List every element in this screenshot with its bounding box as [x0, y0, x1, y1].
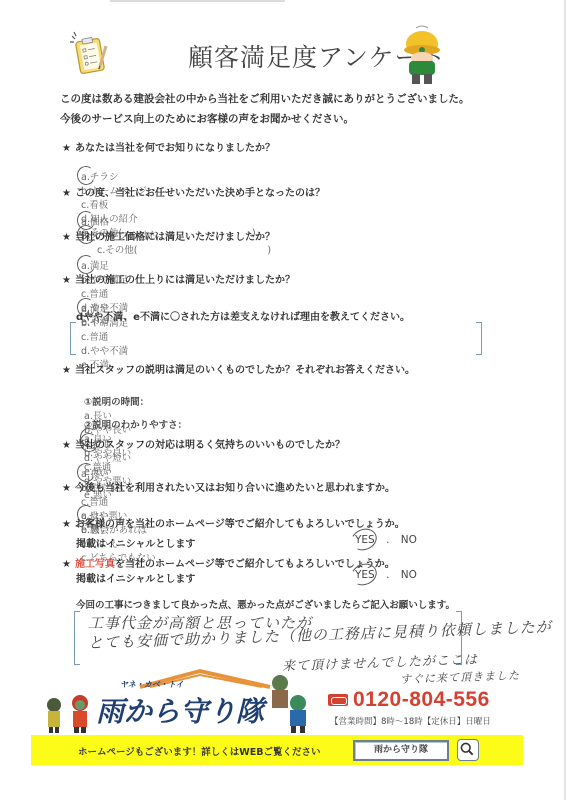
- question-text: 今後も当社を利用されたい又はお知り合いに進めたいと思われますか。: [75, 483, 395, 494]
- separator: .: [386, 569, 389, 581]
- free-dial-icon: [328, 694, 348, 706]
- yes-no-publish-voice: YES . NO: [355, 534, 417, 546]
- bracket-right: [476, 322, 482, 355]
- question-text: あなたは当社を何でお知りになりましたか？: [75, 143, 275, 154]
- phone-number[interactable]: 0120-804-556: [328, 688, 490, 712]
- search-button[interactable]: [457, 739, 479, 761]
- star-icon: ★: [62, 440, 71, 451]
- star-icon: ★: [62, 559, 71, 570]
- question-text: 当社の施工の仕上りには満足いただけましたか？: [75, 275, 295, 286]
- question-text: 当社の施工価格には満足いただけましたか？: [75, 232, 275, 243]
- intro-line: 今後のサービス向上のためにお客様の声をお聞かせください。: [60, 109, 470, 129]
- question-text: お客様の声を当社のホームページ等でご紹介してもよろしいでしょうか。: [75, 519, 405, 530]
- phone-text: 0120-804-556: [353, 688, 490, 712]
- question-finish-satisfaction: ★当社の施工の仕上りには満足いただけましたか？: [62, 271, 295, 286]
- scan-edge: [110, 0, 285, 2]
- logo-tagline: ヤネ・カベ・トイ: [120, 680, 183, 689]
- star-icon: ★: [62, 365, 71, 376]
- question-price-satisfaction: ★当社の施工価格には満足いただけましたか？: [62, 228, 275, 243]
- business-hours: 【営業時間】8時～18時【定休日】日曜日: [330, 715, 491, 727]
- question-publish-photos: ★施工写真を当社のホームページ等でご紹介してもよろしいでしょうか。: [62, 555, 395, 570]
- bracket-left: [74, 611, 80, 665]
- star-icon: ★: [62, 275, 71, 286]
- company-logo: ヤネ・カベ・トイ 雨から守り隊: [40, 665, 320, 735]
- logo-name: 雨から守り隊: [96, 695, 268, 728]
- handwritten-line: すぐに来て頂きました: [400, 667, 520, 687]
- question-text: この度、当社にお任せいただいた決め手となったのは？: [75, 188, 325, 199]
- banner-text: ホームページもございます！詳しくはWEBご覧ください: [78, 744, 321, 758]
- no-option[interactable]: NO: [401, 534, 417, 546]
- yes-option-selected[interactable]: YES: [355, 569, 375, 581]
- comment-prompt: 今回の工事につきまして良かった点、悪かった点がございましたらご記入お願いします。: [76, 597, 455, 611]
- clipboard-pencil-icon: [70, 30, 112, 80]
- question-text: 当社スタッフの説明は満足のいくものでしたか？それぞれお答えください。: [75, 365, 415, 376]
- hero-character-icon: [72, 695, 88, 733]
- hero-character-icon: [272, 675, 288, 708]
- question-deciding-factor: ★この度、当社にお任せいただいた決め手となったのは？: [62, 184, 325, 199]
- question-text: 当社のスタッフの対応は明るく気持ちのいいものでしたか？: [75, 440, 345, 451]
- question-staff-attitude: ★当社のスタッフの対応は明るく気持ちのいいものでしたか？: [62, 436, 345, 451]
- star-icon: ★: [62, 519, 71, 530]
- sub-question-label: ②説明のわかりやすさ：: [84, 420, 187, 431]
- option-a-selected[interactable]: a.チラシ: [81, 169, 118, 183]
- intro-text: この度は数ある建設会社の中から当社をご利用いただき誠にありがとうございました。 …: [60, 89, 470, 129]
- hero-character-icon: [47, 698, 61, 733]
- star-icon: ★: [62, 188, 71, 199]
- highlight-construction-photos: 施工写真: [75, 559, 115, 570]
- question-staff-explanation: ★当社スタッフの説明は満足のいくものでしたか？それぞれお答えください。: [62, 361, 415, 376]
- option-a-selected[interactable]: a.良い: [81, 466, 109, 480]
- intro-line: この度は数ある建設会社の中から当社をご利用いただき誠にありがとうございました。: [60, 89, 470, 109]
- star-icon: ★: [62, 143, 71, 154]
- initials-note: 掲載はイニシャルとします: [76, 535, 195, 550]
- options-recommend: a.はい b.機会があれば c.いいえ c.どちらでもない: [75, 497, 169, 564]
- yes-no-publish-photos: YES . NO: [355, 569, 417, 581]
- question-recommend: ★今後も当社を利用されたい又はお知り合いに進めたいと思われますか。: [62, 479, 395, 494]
- yes-option-selected[interactable]: YES: [355, 534, 375, 546]
- initials-note: 掲載はイニシャルとします: [76, 570, 195, 585]
- question-publish-voice: ★お客様の声を当社のホームページ等でご紹介してもよろしいでしょうか。: [62, 515, 405, 530]
- star-icon: ★: [62, 483, 71, 494]
- bracket-left: [70, 322, 76, 355]
- no-option[interactable]: NO: [401, 569, 417, 581]
- hero-character-icon: [290, 695, 306, 733]
- survey-header: 顧客満足度アンケート: [62, 22, 482, 92]
- question-how-found: ★あなたは当社を何でお知りになりましたか？: [62, 139, 275, 154]
- mascot-bowing-worker-icon: [392, 24, 452, 88]
- reason-textarea[interactable]: [70, 322, 482, 355]
- star-icon: ★: [62, 232, 71, 243]
- followup-prompt: dやや不満、e不満に〇された方は差支えなければ理由を教えてください。: [76, 308, 410, 323]
- option-a-selected[interactable]: a.満足: [81, 258, 109, 272]
- search-input[interactable]: 雨から守り隊: [353, 740, 449, 761]
- separator: .: [386, 534, 389, 546]
- search-icon: [458, 740, 477, 759]
- website-banner: ホームページもございます！詳しくはWEBご覧ください 雨から守り隊: [31, 735, 523, 765]
